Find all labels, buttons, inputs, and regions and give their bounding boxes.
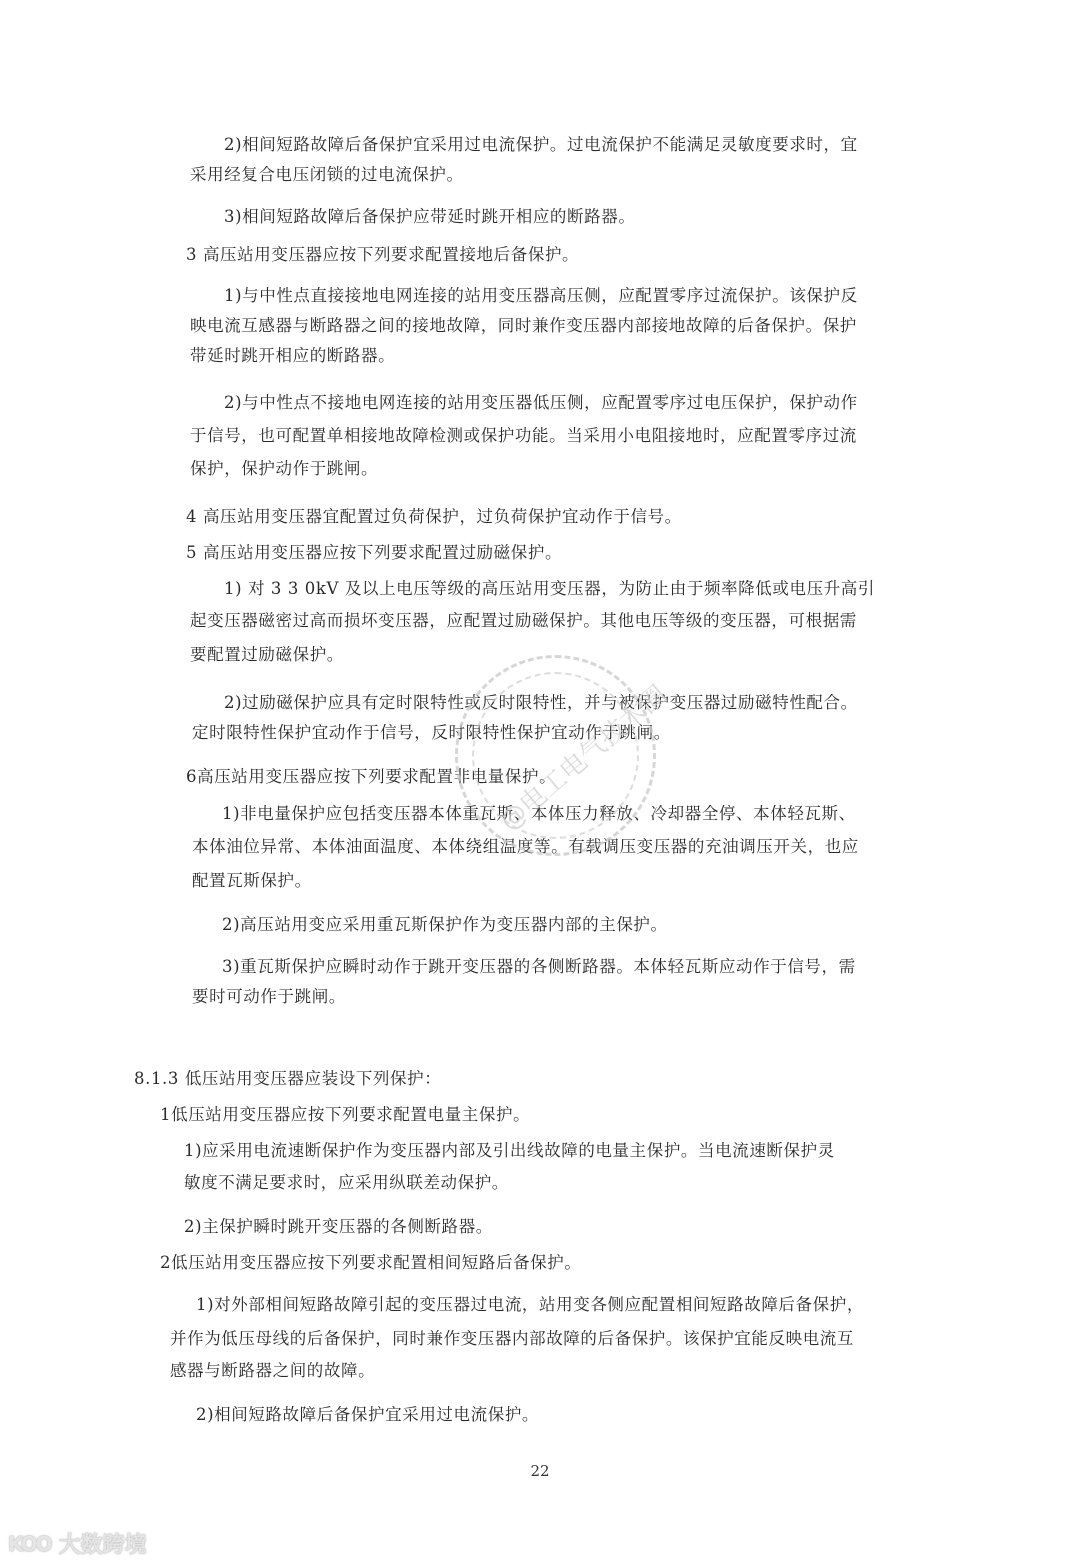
text-line: 2)相间短路故障后备保护宜采用过电流保护。 <box>196 1404 539 1426</box>
text-line: 8.1.3 低压站用变压器应装设下列保护： <box>134 1068 441 1090</box>
text-line: 1)对外部相间短路故障引起的变压器过电流，站用变各侧应配置相间短路故障后备保护， <box>196 1294 864 1316</box>
page-number: 22 <box>0 1462 1080 1480</box>
text-line: 3 高压站用变压器应按下列要求配置接地后备保护。 <box>186 244 579 266</box>
text-line: 带延时跳开相应的断路器。 <box>190 345 395 367</box>
brand-name: 大数跨境 <box>59 1528 147 1559</box>
text-line: 映电流互感器与断路器之间的接地故障，同时兼作变压器内部接地故障的后备保护。保护 <box>190 315 857 337</box>
text-line: 2低压站用变压器应按下列要求配置相间短路后备保护。 <box>160 1252 582 1274</box>
text-line: 配置瓦斯保护。 <box>192 870 312 892</box>
text-line: 2)主保护瞬时跳开变压器的各侧断路器。 <box>184 1216 493 1238</box>
text-line: 于信号，也可配置单相接地故障检测或保护功能。当采用小电阻接地时，应配置零序过流 <box>190 425 857 447</box>
text-line: 起变压器磁密过高而损坏变压器，应配置过励磁保护。其他电压等级的变压器，可根据需 <box>190 610 857 632</box>
text-line: 感器与断路器之间的故障。 <box>170 1360 375 1382</box>
text-line: 3)重瓦斯保护应瞬时动作于跳开变压器的各侧断路器。本体轻瓦斯应动作于信号，需 <box>222 956 856 978</box>
text-line: 3)相间短路故障后备保护应带延时跳开相应的断路器。 <box>224 206 635 228</box>
text-line: 要配置过励磁保护。 <box>190 644 344 666</box>
text-line: 采用经复合电压闭锁的过电流保护。 <box>190 164 464 186</box>
text-line: 并作为低压母线的后备保护，同时兼作变压器内部故障的后备保护。该保护宜能反映电流互 <box>170 1328 854 1350</box>
text-line: 4 高压站用变压器宜配置过负荷保护，过负荷保护宜动作于信号。 <box>186 506 682 528</box>
text-line: 1)应采用电流速断保护作为变压器内部及引出线故障的电量主保护。当电流速断保护灵 <box>184 1140 835 1162</box>
text-line: 要时可动作于跳闸。 <box>192 986 346 1008</box>
text-line: 2)与中性点不接地电网连接的站用变压器低压侧，应配置零序过电压保护，保护动作 <box>224 392 858 414</box>
text-line: 1) 对 3 3 0kV 及以上电压等级的高压站用变压器，为防止由于频率降低或电… <box>224 578 875 600</box>
text-line: 2)相间短路故障后备保护宜采用过电流保护。过电流保护不能满足灵敏度要求时，宜 <box>224 134 858 156</box>
brand-logo-icon: KOO <box>8 1532 51 1556</box>
text-line: 1)与中性点直接接地电网连接的站用变压器高压侧，应配置零序过流保护。该保护反 <box>224 285 858 307</box>
text-line: 1低压站用变压器应按下列要求配置电量主保护。 <box>160 1104 530 1126</box>
watermark-stamp: @电工电气技术圈 <box>455 655 656 856</box>
document-page: 2)相间短路故障后备保护宜采用过电流保护。过电流保护不能满足灵敏度要求时，宜采用… <box>0 0 1080 1564</box>
text-line: 5 高压站用变压器应按下列要求配置过励磁保护。 <box>186 542 562 564</box>
text-line: 保护，保护动作于跳闸。 <box>190 458 378 480</box>
brand-watermark: KOO 大数跨境 <box>8 1528 147 1559</box>
text-line: 2)高压站用变应采用重瓦斯保护作为变压器内部的主保护。 <box>222 914 668 936</box>
text-line: 敏度不满足要求时，应采用纵联差动保护。 <box>184 1172 509 1194</box>
